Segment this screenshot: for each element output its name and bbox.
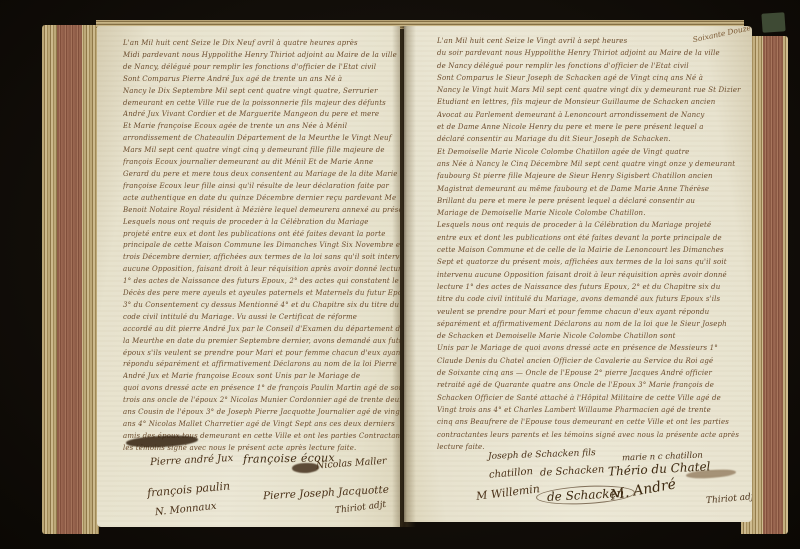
signature: Pierre Joseph Jacquotte	[263, 484, 389, 503]
signature: Thiriot adjt	[335, 500, 387, 516]
right-page-text: L'an Mil huit cent Seize le Vingt avril …	[437, 35, 749, 462]
signature: M Willemin	[475, 482, 540, 503]
signature: N. Monnaux	[155, 501, 217, 518]
left-page-text: L'an Mil huit cent Seize le Dix Neuf avr…	[123, 38, 400, 462]
manuscript-photo: L'an Mil huit cent Seize le Dix Neuf avr…	[0, 0, 800, 549]
book-page-stack-left	[42, 25, 99, 534]
signature: de Schacken	[540, 464, 605, 478]
signature: de Schacken	[536, 483, 636, 506]
signature: M. André	[609, 476, 677, 503]
signature: Thiriot adjt	[706, 492, 752, 506]
signature: chatillon	[489, 466, 534, 481]
right-page: Soixante Douze L'an Mil huit cent Seize …	[404, 26, 752, 522]
ink-blot	[292, 463, 319, 473]
book-cover-corner	[761, 12, 785, 33]
left-page: L'an Mil huit cent Seize le Dix Neuf avr…	[97, 26, 400, 527]
signature: françois paulin	[147, 479, 231, 499]
ink-smear	[686, 469, 736, 480]
